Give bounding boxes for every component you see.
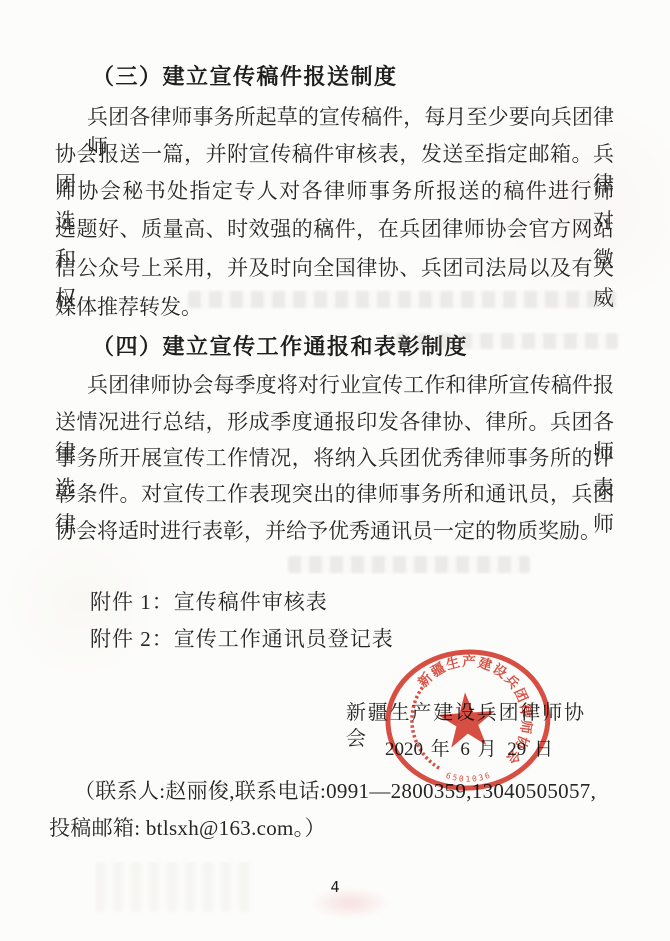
official-seal: 新疆生产建设兵团律师协会 6501036 — [378, 641, 560, 801]
text-line: 兵团律师协会每季度将对行业宣传工作和律所宣传稿件报 — [55, 370, 614, 400]
ink-bleed-artifact — [188, 291, 616, 308]
section-heading-3: （三）建立宣传稿件报送制度 — [92, 62, 398, 92]
svg-text:6501036: 6501036 — [444, 768, 493, 786]
ink-bleed-artifact — [288, 556, 530, 573]
text-line: 协会将适时进行表彰，并给予优秀通讯员一定的物质奖励。 — [55, 516, 614, 546]
attachment-line-1: 附件 1：宣传稿件审核表 — [90, 587, 328, 617]
seal-minority-script-arc — [410, 686, 440, 769]
red-star-icon — [437, 690, 498, 748]
scan-stain — [295, 882, 405, 924]
ink-bleed-artifact — [95, 862, 255, 912]
document-page: （三）建立宣传稿件报送制度 兵团各律师事务所起草的宣传稿件，每月至少要向兵团律师… — [0, 0, 670, 941]
ink-bleed-artifact — [396, 333, 618, 349]
contact-line-2: 投稿邮箱: btlsxh@163.com。） — [49, 813, 326, 843]
seal-serial-number: 6501036 — [444, 768, 493, 786]
attachment-line-2: 附件 2：宣传工作通讯员登记表 — [90, 624, 394, 654]
